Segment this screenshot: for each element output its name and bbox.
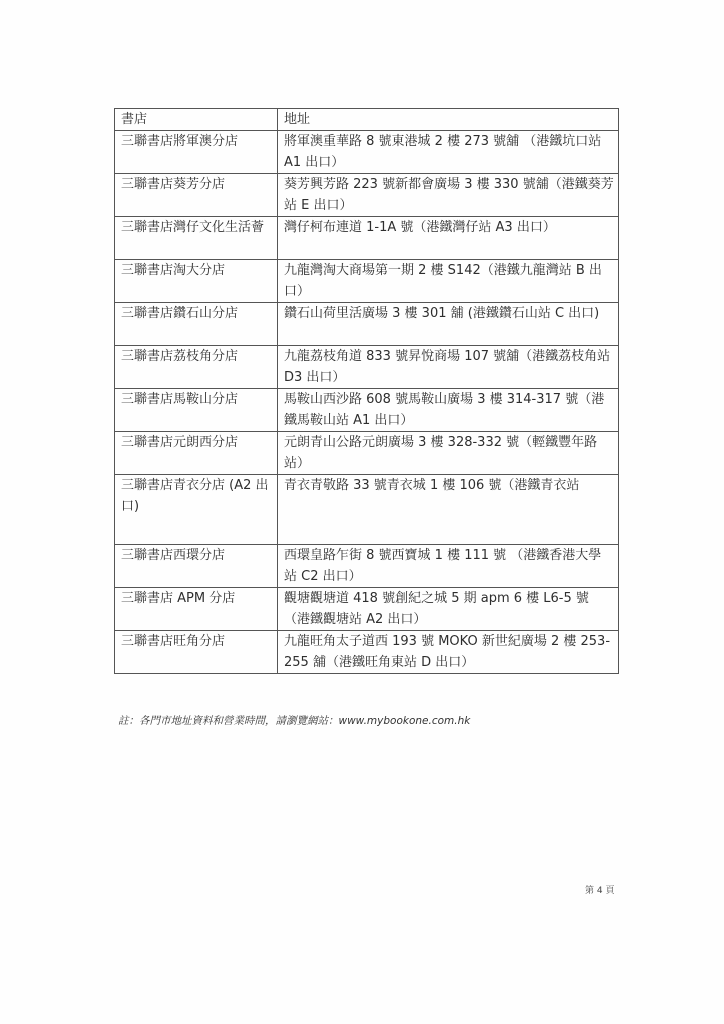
table-row: 三聯書店元朗西分店 元朗青山公路元朗廣場 3 樓 328-332 號（輕鐵豐年路… [115, 432, 619, 475]
table-row: 三聯書店將軍澳分店 將軍澳重華路 8 號東港城 2 樓 273 號舖 （港鐵坑口… [115, 131, 619, 174]
bookstore-address-table: 書店 地址 三聯書店將軍澳分店 將軍澳重華路 8 號東港城 2 樓 273 號舖… [114, 108, 619, 674]
store-address: 鑽石山荷里活廣場 3 樓 301 舖 (港鐵鑽石山站 C 出口) [278, 303, 619, 346]
store-name: 三聯書店 APM 分店 [115, 588, 278, 631]
footnote: 註：各門市地址資料和營業時間，請瀏覽網站：www.mybookone.com.h… [118, 713, 470, 728]
store-address: 九龍旺角太子道西 193 號 MOKO 新世紀廣場 2 樓 253-255 舖（… [278, 631, 619, 674]
header-address: 地址 [278, 109, 619, 131]
table-row: 三聯書店旺角分店 九龍旺角太子道西 193 號 MOKO 新世紀廣場 2 樓 2… [115, 631, 619, 674]
store-address: 葵芳興芳路 223 號新都會廣場 3 樓 330 號舖（港鐵葵芳站 E 出口） [278, 174, 619, 217]
store-address: 西環皇路乍街 8 號西寶城 1 樓 111 號 （港鐵香港大學站 C2 出口） [278, 545, 619, 588]
store-name: 三聯書店將軍澳分店 [115, 131, 278, 174]
page-number: 第 4 頁 [585, 883, 614, 896]
table-row: 三聯書店淘大分店 九龍灣淘大商場第一期 2 樓 S142（港鐵九龍灣站 B 出口… [115, 260, 619, 303]
document-page: 書店 地址 三聯書店將軍澳分店 將軍澳重華路 8 號東港城 2 樓 273 號舖… [0, 0, 724, 1024]
header-store: 書店 [115, 109, 278, 131]
store-address: 馬鞍山西沙路 608 號馬鞍山廣場 3 樓 314-317 號（港鐵馬鞍山站 A… [278, 389, 619, 432]
store-name: 三聯書店淘大分店 [115, 260, 278, 303]
store-name: 三聯書店灣仔文化生活薈 [115, 217, 278, 260]
table-row: 三聯書店灣仔文化生活薈 灣仔柯布連道 1-1A 號（港鐵灣仔站 A3 出口） [115, 217, 619, 260]
table-row: 三聯書店青衣分店 (A2 出口) 青衣青敬路 33 號青衣城 1 樓 106 號… [115, 475, 619, 545]
table-row: 三聯書店 APM 分店 觀塘觀塘道 418 號創紀之城 5 期 apm 6 樓 … [115, 588, 619, 631]
store-name: 三聯書店荔枝角分店 [115, 346, 278, 389]
table-row: 三聯書店葵芳分店 葵芳興芳路 223 號新都會廣場 3 樓 330 號舖（港鐵葵… [115, 174, 619, 217]
store-name: 三聯書店鑽石山分店 [115, 303, 278, 346]
store-name: 三聯書店旺角分店 [115, 631, 278, 674]
store-address: 觀塘觀塘道 418 號創紀之城 5 期 apm 6 樓 L6-5 號（港鐵觀塘站… [278, 588, 619, 631]
store-name: 三聯書店青衣分店 (A2 出口) [115, 475, 278, 545]
store-address: 元朗青山公路元朗廣場 3 樓 328-332 號（輕鐵豐年路站） [278, 432, 619, 475]
store-address: 青衣青敬路 33 號青衣城 1 樓 106 號（港鐵青衣站 [278, 475, 619, 545]
store-address: 九龍灣淘大商場第一期 2 樓 S142（港鐵九龍灣站 B 出口） [278, 260, 619, 303]
store-name: 三聯書店葵芳分店 [115, 174, 278, 217]
table-row: 三聯書店西環分店 西環皇路乍街 8 號西寶城 1 樓 111 號 （港鐵香港大學… [115, 545, 619, 588]
store-name: 三聯書店西環分店 [115, 545, 278, 588]
store-address: 九龍荔枝角道 833 號昇悅商場 107 號舖（港鐵荔枝角站 D3 出口） [278, 346, 619, 389]
store-name: 三聯書店馬鞍山分店 [115, 389, 278, 432]
table-row: 三聯書店荔枝角分店 九龍荔枝角道 833 號昇悅商場 107 號舖（港鐵荔枝角站… [115, 346, 619, 389]
table-row: 三聯書店鑽石山分店 鑽石山荷里活廣場 3 樓 301 舖 (港鐵鑽石山站 C 出… [115, 303, 619, 346]
store-address: 將軍澳重華路 8 號東港城 2 樓 273 號舖 （港鐵坑口站 A1 出口） [278, 131, 619, 174]
store-name: 三聯書店元朗西分店 [115, 432, 278, 475]
table-row: 三聯書店馬鞍山分店 馬鞍山西沙路 608 號馬鞍山廣場 3 樓 314-317 … [115, 389, 619, 432]
table-header-row: 書店 地址 [115, 109, 619, 131]
store-address: 灣仔柯布連道 1-1A 號（港鐵灣仔站 A3 出口） [278, 217, 619, 260]
